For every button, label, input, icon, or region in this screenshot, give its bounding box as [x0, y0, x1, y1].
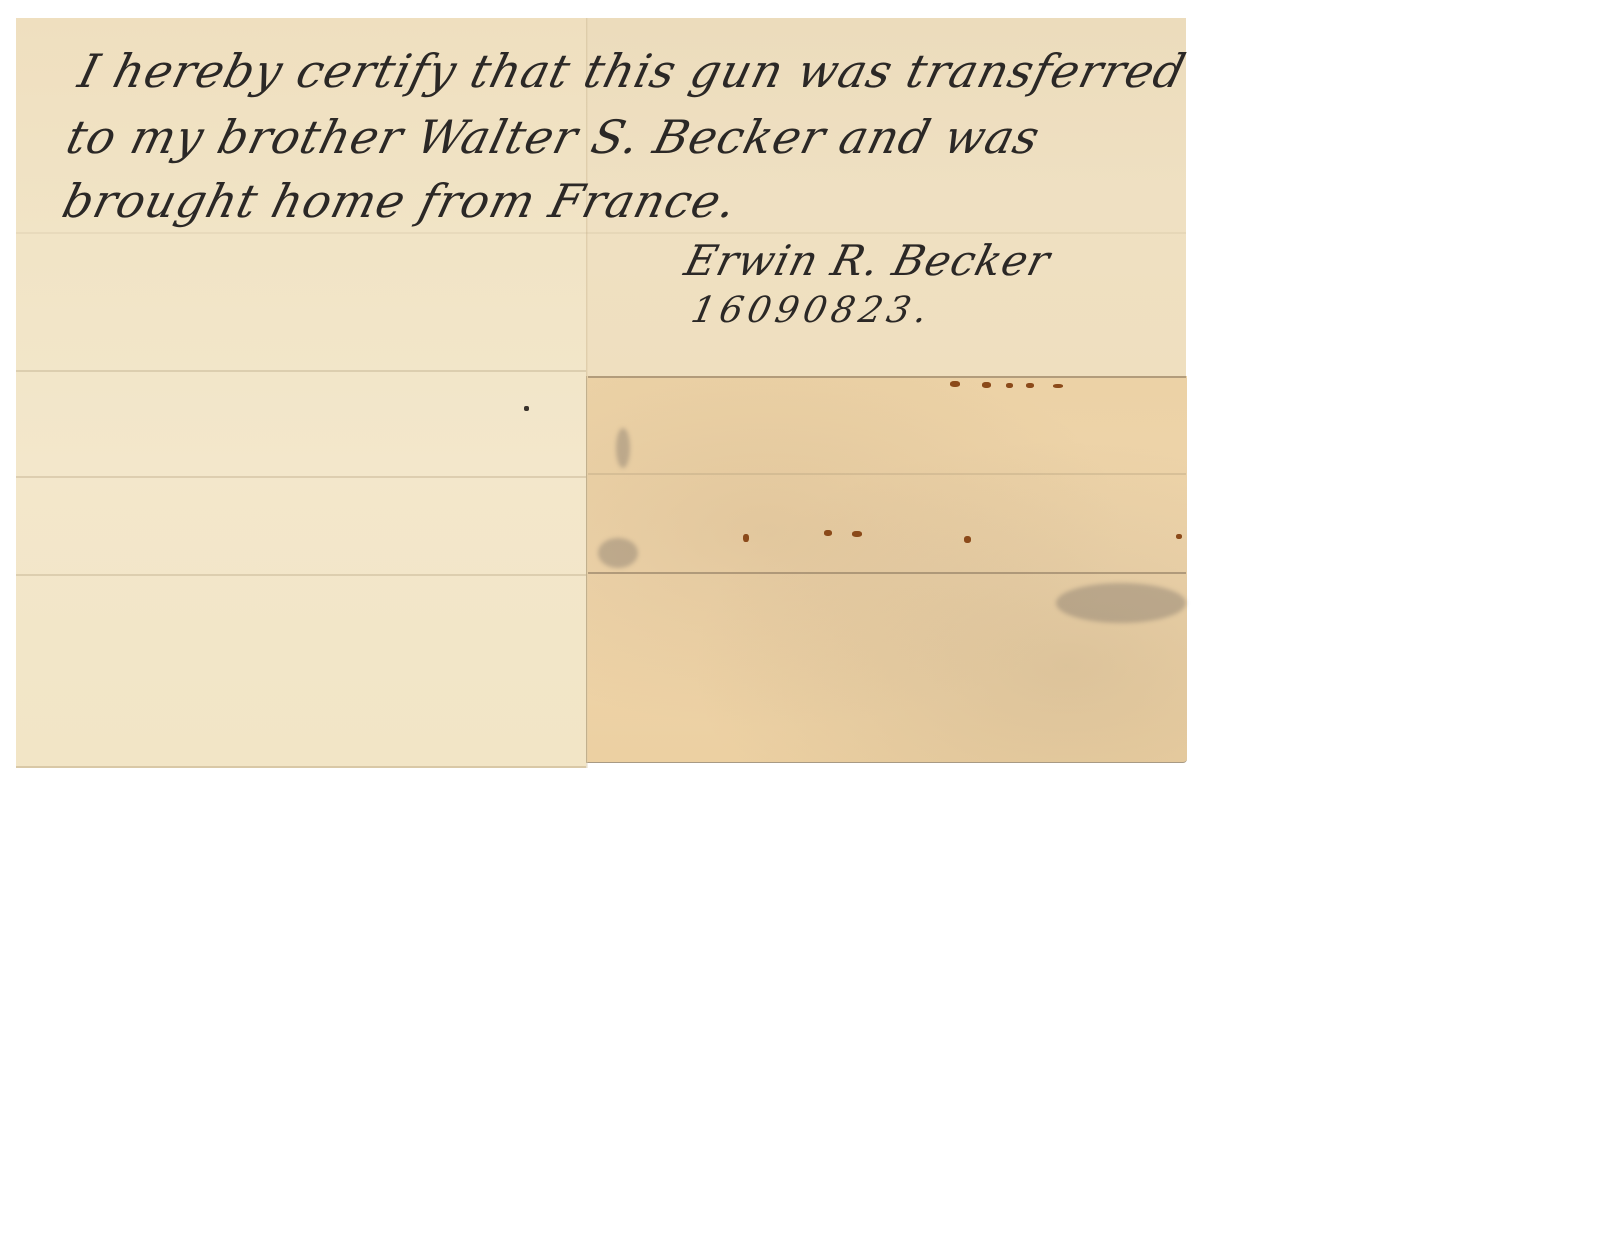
scanned-page: I hereby certify that this gun was trans… — [0, 0, 1600, 1236]
body-line-1: I hereby certify that this gun was trans… — [73, 44, 1191, 98]
fold-line-right-2 — [588, 473, 1186, 475]
paper-sheet: I hereby certify that this gun was trans… — [16, 18, 1186, 768]
rust-stain — [950, 381, 960, 387]
body-line-3: brought home from France. — [57, 174, 743, 228]
smudge — [1056, 583, 1186, 623]
smudge — [598, 538, 638, 568]
rust-stain — [852, 531, 862, 537]
body-line-2: to my brother Walter S. Becker and was — [61, 110, 1045, 164]
fold-line-right-1 — [588, 376, 1186, 378]
fold-line-left-3 — [16, 574, 586, 576]
fold-line-right-3 — [588, 572, 1186, 574]
rust-stain — [1026, 383, 1034, 388]
fold-line-top — [16, 232, 1186, 234]
ink-dot — [524, 406, 529, 411]
rust-stain — [1176, 534, 1182, 539]
rust-stain — [964, 536, 971, 543]
rust-stain — [982, 382, 991, 388]
rust-stain — [743, 534, 749, 542]
paper-right-bottom-panel-stained — [586, 376, 1187, 763]
rust-stain — [1006, 383, 1013, 388]
rust-stain — [1053, 384, 1063, 388]
serial-number: 16090823. — [688, 290, 936, 331]
smudge — [616, 428, 630, 468]
rust-stain — [824, 530, 832, 536]
signature: Erwin R. Becker — [680, 236, 1056, 285]
fold-line-left-1 — [16, 370, 586, 372]
fold-line-left-2 — [16, 476, 586, 478]
